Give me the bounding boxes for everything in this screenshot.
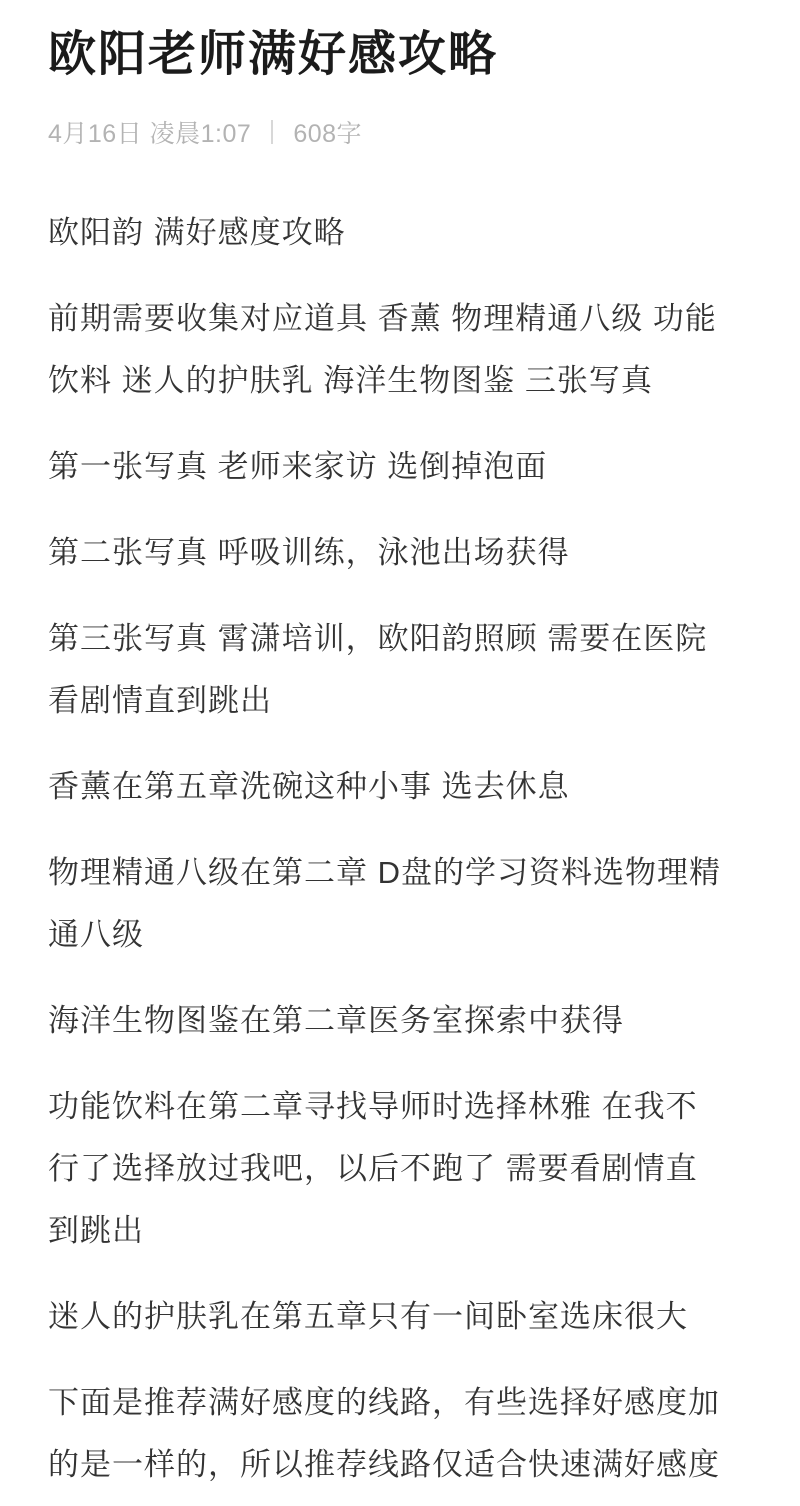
note-page: 欧阳老师满好感攻略 4月16日 凌晨1:07 608字 欧阳韵 满好感度攻略前期…	[0, 0, 800, 1506]
note-meta: 4月16日 凌晨1:07 608字	[48, 114, 752, 150]
paragraph: 欧阳韵 满好感度攻略	[48, 202, 752, 264]
paragraph: 下面是推荐满好感度的线路，有些选择好感度加 的是一样的，所以推荐线路仅适合快速满…	[48, 1372, 752, 1496]
paragraph: 物理精通八级在第二章 D盘的学习资料选物理精 通八级	[48, 842, 752, 966]
paragraph: 第三张写真 霄潇培训，欧阳韵照顾 需要在医院 看剧情直到跳出	[48, 608, 752, 732]
page-title: 欧阳老师满好感攻略	[48, 26, 752, 84]
paragraph: 海洋生物图鉴在第二章医务室探索中获得	[48, 990, 752, 1052]
paragraph: 迷人的护肤乳在第五章只有一间卧室选床很大	[48, 1286, 752, 1348]
paragraph: 香薰在第五章洗碗这种小事 选去休息	[48, 756, 752, 818]
note-body: 欧阳韵 满好感度攻略前期需要收集对应道具 香薰 物理精通八级 功能 饮料 迷人的…	[48, 202, 752, 1496]
paragraph: 第一张写真 老师来家访 选倒掉泡面	[48, 436, 752, 498]
note-word-count: 608字	[293, 114, 362, 150]
paragraph: 前期需要收集对应道具 香薰 物理精通八级 功能 饮料 迷人的护肤乳 海洋生物图鉴…	[48, 288, 752, 412]
paragraph: 第二张写真 呼吸训练，泳池出场获得	[48, 522, 752, 584]
note-date-time: 4月16日 凌晨1:07	[48, 114, 251, 150]
paragraph: 功能饮料在第二章寻找导师时选择林雅 在我不 行了选择放过我吧，以后不跑了 需要看…	[48, 1076, 752, 1262]
meta-divider	[271, 120, 273, 144]
